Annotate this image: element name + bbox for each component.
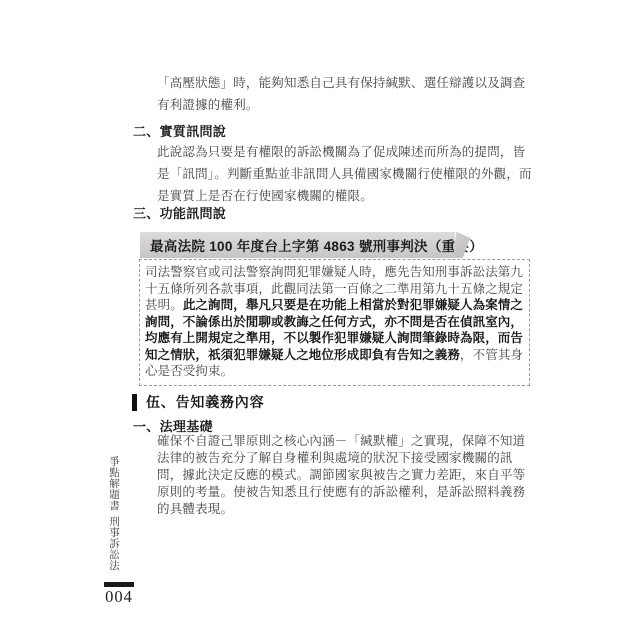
quote-text: 心是否受拘束。 [145, 364, 233, 378]
text-line: 是實質上是否在行使國家機關的權限。 [157, 185, 532, 207]
quote-text-bold: 此之詢問，舉凡只要是在功能上相當於對犯罪嫌疑人為案情之 [183, 298, 523, 312]
quote-text: ，不管其身 [460, 348, 523, 362]
quote-line: 司法警察官或司法警察詢問犯罪嫌疑人時，應先告知刑事訴訟法第九 [145, 264, 524, 281]
verdict-title: 最高法院 100 年度台上字第 4863 號刑事判決（重要） [150, 235, 483, 255]
quote-line: 均應有上開規定之準用，不以製作犯罪嫌疑人詢問筆錄時為限，而告 [145, 330, 524, 347]
book-page: 爭點解題書 刑事訴訟法 004 「高壓狀態」時，能夠知悉自己具有保持緘默、選任辯… [0, 0, 640, 640]
text-line: 原則的考量。使被告知悉且行使應有的訴訟權利，是訴訟照料義務 [157, 484, 525, 501]
quote-line: 知之情狀，祇須犯罪嫌疑人之地位形成即負有告知之義務，不管其身 [145, 347, 524, 364]
quote-text: 司法警察官或司法警察詢問犯罪嫌疑人時，應先告知刑事訴訟法第九 [145, 265, 523, 279]
section5-heading-row: 伍、告知義務內容 [132, 392, 264, 412]
quote-line: 甚明。此之詢問，舉凡只要是在功能上相當於對犯罪嫌疑人為案情之 [145, 297, 524, 314]
verdict-quote-box: 司法警察官或司法警察詢問犯罪嫌疑人時，應先告知刑事訴訟法第九 十五條所列各款事項… [139, 259, 530, 386]
text-line: 確保不自證己罪原則之核心內涵－「緘默權」之實現，保障不知道 [157, 433, 525, 450]
intro-paragraph: 「高壓狀態」時，能夠知悉自己具有保持緘默、選任辯護以及調查 有利證據的權利。 [157, 72, 525, 116]
book-title-vertical: 爭點解題書 [107, 456, 122, 511]
verdict-title-badge: 最高法院 100 年度台上字第 4863 號刑事判決（重要） [140, 232, 455, 258]
quote-line: 心是否受拘束。 [145, 363, 524, 380]
text-line: 法律的被告充分了解自身權利與處境的狀況下接受國家機關的訊 [157, 450, 525, 467]
quote-text-bold: 知之情狀，祇須犯罪嫌疑人之地位形成即負有告知之義務 [145, 348, 460, 362]
quote-line: 詢問，不論係出於閒聊或教誨之任何方式，亦不問是否在偵訊室內， [145, 314, 524, 331]
text-line: 「高壓狀態」時，能夠知悉自己具有保持緘默、選任辯護以及調查 [157, 72, 525, 94]
quote-text: 十五條所列各款事項，此觀同法第一百條之二準用第九十五條之規定 [145, 282, 523, 296]
book-subject-vertical: 刑事訴訟法 [107, 516, 122, 571]
page-number: 004 [99, 587, 139, 607]
section-heading-3: 三、功能訊問說 [133, 206, 226, 222]
quote-text-bold: 均應有上開規定之準用，不以製作犯罪嫌疑人詢問筆錄時為限，而告 [145, 331, 523, 345]
legal-basis-paragraph: 確保不自證己罪原則之核心內涵－「緘默權」之實現，保障不知道 法律的被告充分了解自… [157, 433, 525, 518]
section-heading-2: 二、實質訊問說 [133, 124, 226, 140]
quote-line: 十五條所列各款事項，此觀同法第一百條之二準用第九十五條之規定 [145, 281, 524, 298]
text-line: 有利證據的權利。 [157, 94, 525, 116]
text-line: 是「訊問」。判斷重點並非訊問人具備國家機關行使權限的外觀，而 [157, 163, 532, 185]
text-line: 問，據此決定反應的模式。調節國家與被告之實力差距，來自平等 [157, 467, 525, 484]
text-line: 此說認為只要是有權限的訴訟機關為了促成陳述而所為的提問，皆 [157, 141, 532, 163]
text-line: 的具體表現。 [157, 501, 525, 518]
quote-text: 甚明。 [145, 298, 183, 312]
quote-text-bold: 詢問，不論係出於閒聊或教誨之任何方式，亦不問是否在偵訊室內， [145, 315, 523, 329]
section-marker-bar [132, 394, 137, 411]
section-heading-5: 伍、告知義務內容 [146, 392, 264, 412]
section2-paragraph: 此說認為只要是有權限的訴訟機關為了促成陳述而所為的提問，皆 是「訊問」。判斷重點… [157, 141, 532, 207]
